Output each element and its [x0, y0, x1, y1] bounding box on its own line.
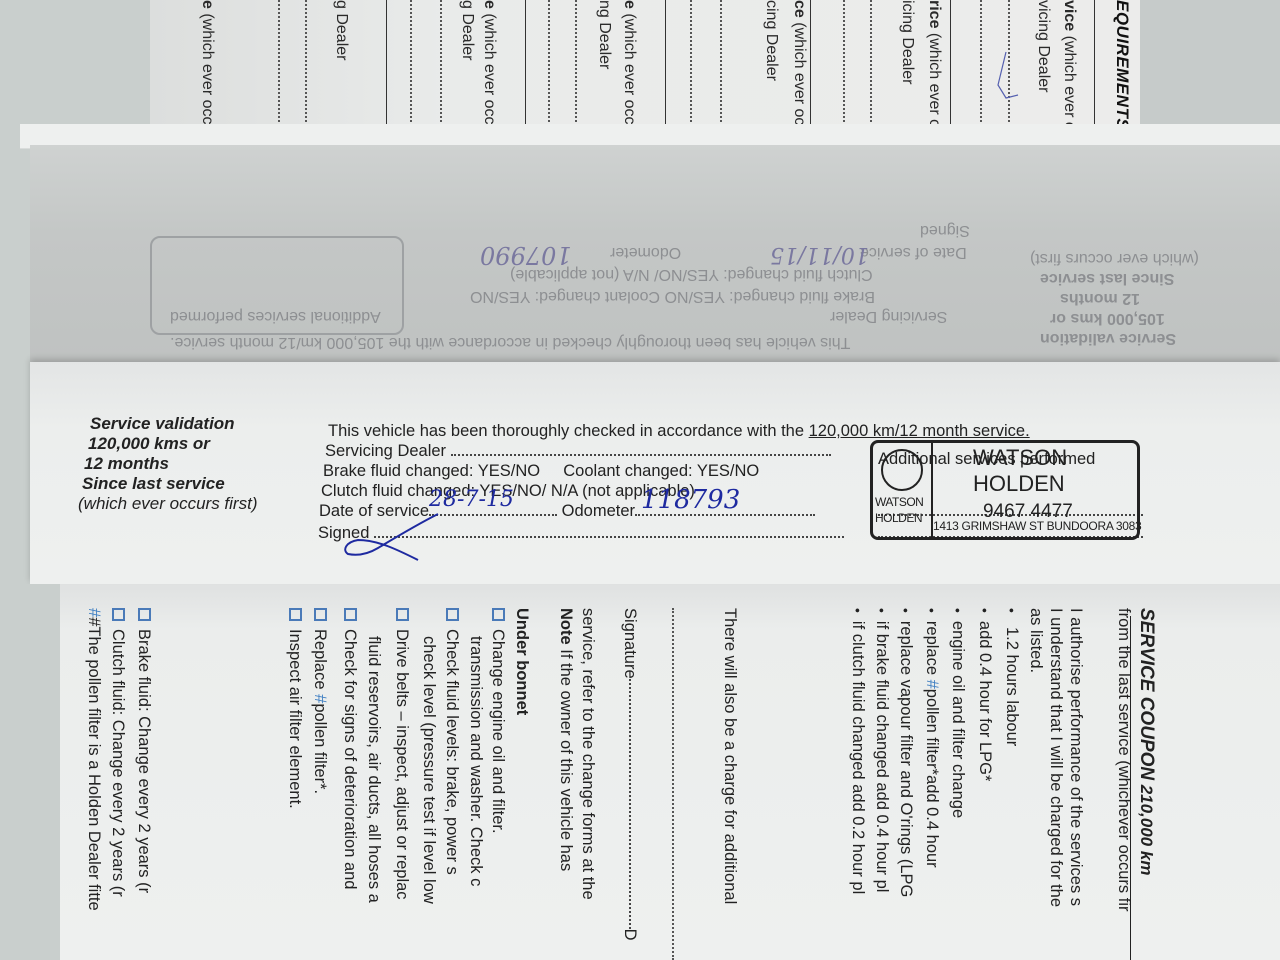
handwritten-tick-mark [988, 50, 1028, 110]
mirrored-left-line: 105,000 kms or [1050, 309, 1165, 327]
statement-line: This vehicle has been thoroughly checked… [328, 422, 1030, 441]
stamp-brand-name: HOLDEN [973, 471, 1065, 497]
top-column-text: e (which ever occu [480, 0, 498, 130]
top-page: e (which ever occ g Dealer e (which ever… [150, 0, 1140, 140]
column-divider [665, 0, 666, 130]
requirements-heading: EQUIREMENTS [1112, 0, 1132, 130]
checklist-item-continued: fluid reservoirs, air ducts, all hoses a [364, 636, 384, 903]
stamp-dealer-name: WATSON [973, 445, 1067, 471]
folded-page-show-through: Service validation 105,000 kms or 12 mon… [30, 145, 1280, 365]
checklist-item: Replace #pollen filter*. [310, 608, 330, 794]
signature-line: SignatureD [620, 608, 640, 941]
checkbox[interactable] [138, 608, 151, 621]
dotted-line [548, 0, 550, 130]
checklist-item-continued: transmission and washer. Check c [466, 636, 486, 886]
dotted-line [305, 0, 307, 130]
column-divider [525, 0, 526, 130]
checkbox[interactable] [314, 608, 327, 621]
mirrored-brake-coolant: Brake fluid changed: YES/NO Coolant chan… [470, 287, 875, 305]
coupon-item: •add 0.4 hour for LPG* [975, 608, 995, 781]
top-column-text: g Dealer [458, 0, 476, 130]
mirrored-odometer-label: Odometer [610, 243, 681, 261]
authorise-text: as listed. [1026, 608, 1046, 673]
coupon-item: •1.2 hours labour [1002, 608, 1022, 746]
checkbox[interactable] [396, 608, 409, 621]
note-text-continued: service, refer to the change forms at th… [578, 608, 598, 900]
note-text: Note If the owner of this vehicle has [556, 608, 576, 871]
dotted-line [440, 0, 442, 130]
servicing-dealer-line: Servicing Dealer [325, 442, 831, 461]
footnote-brake: Brake fluid: Change every 2 years (r [134, 608, 154, 893]
coupon-title-rule [1130, 616, 1131, 960]
signature-field[interactable] [629, 679, 631, 929]
dotted-line [575, 0, 577, 130]
validation-title: Service validation [78, 414, 257, 434]
mirrored-text-block: Service validation 105,000 kms or 12 mon… [30, 145, 1280, 365]
servicing-dealer-field[interactable] [451, 453, 831, 456]
column-divider [810, 0, 811, 130]
stamp-small-brand: HOLDEN [875, 511, 922, 525]
checkbox[interactable] [344, 608, 357, 621]
top-column-text: icing Dealer [898, 0, 916, 130]
authorise-text: I understand that I will be charged for … [1046, 608, 1066, 907]
checklist-item-continued: check level (pressure test if level low [419, 636, 439, 904]
statement-text: This vehicle has been thoroughly checked… [328, 422, 809, 440]
validation-since: Since last service [78, 474, 257, 494]
checklist-item: Change engine oil and filter. [488, 608, 508, 834]
top-column-text: cing Dealer [762, 0, 780, 130]
statement-service-interval: 120,000 km/12 month service. [809, 422, 1030, 440]
odometer-field[interactable]: 118793 [635, 513, 815, 516]
servicing-dealer-label: Servicing Dealer [325, 442, 446, 460]
date-of-service-field[interactable]: 28-7-15 [429, 513, 557, 516]
under-bonnet-heading: Under bonnet [512, 608, 532, 715]
dotted-line [690, 0, 692, 130]
brake-fluid-field[interactable]: Brake fluid changed: YES/NO [323, 462, 540, 480]
checklist-item: Drive belts – inspect, adjust or replac [392, 608, 412, 900]
authorise-text: I authorise performance of the services … [1066, 608, 1086, 906]
coupon-item: •if clutch fluid changed add 0.2 hour pl [848, 608, 868, 894]
odometer-label: Odometer [562, 502, 635, 520]
checkbox[interactable] [492, 608, 505, 621]
validation-note: (which ever occurs first) [78, 494, 257, 514]
mirrored-dealer-label: Servicing Dealer [830, 307, 947, 325]
odometer-handwritten: 118793 [641, 485, 740, 515]
background-surface [0, 584, 60, 960]
coupon-title: SERVICE COUPON 210,000 km [1136, 608, 1156, 875]
holden-lion-logo-icon [881, 449, 923, 491]
dotted-line [672, 608, 674, 960]
top-column-text: g Dealer [332, 0, 350, 130]
dotted-line [720, 0, 722, 130]
footnote-pollen: ##The pollen filter is a Holden Dealer f… [84, 608, 104, 911]
column-divider [1094, 0, 1095, 130]
coupon-item: •replace #pollen filter*add 0.4 hour [922, 608, 942, 868]
dotted-line [843, 0, 845, 130]
date-of-service-handwritten: 28-7-15 [429, 487, 514, 512]
validation-kms: 120,000 kms or [78, 434, 257, 454]
mirrored-main-line: This vehicle has been thoroughly checked… [170, 333, 850, 351]
stamp-address: 1413 GRIMSHAW ST BUNDOORA 3083 [933, 519, 1141, 533]
service-validation-strip: Service validation 120,000 kms or 12 mon… [30, 362, 1280, 584]
mirrored-stamp-outline [150, 236, 404, 335]
top-column-text: ng Dealer [595, 0, 613, 130]
column-divider [386, 0, 387, 130]
checklist-item: Inspect air filter element. [285, 608, 305, 809]
top-column-text: e (which ever occ [198, 0, 216, 130]
validation-summary: Service validation 120,000 kms or 12 mon… [78, 414, 257, 514]
checkbox[interactable] [112, 608, 125, 621]
mirrored-date-label: Date of service [860, 243, 967, 261]
mirrored-left-line: Since last service [1040, 269, 1174, 287]
additional-charge-text: There will also be a charge for addition… [720, 608, 740, 904]
dotted-line [410, 0, 412, 130]
mirrored-date-value: 10/11/15 [770, 242, 869, 267]
coupon-item: •if brake fluid changed add 0.4 hour pl [872, 608, 892, 892]
mirrored-signed-label: Signed [920, 221, 970, 239]
top-column-text: vice (which ever occ [1060, 0, 1078, 130]
validation-months: 12 months [78, 454, 257, 474]
checklist-item: Check fluid levels: brake, power s [442, 608, 462, 875]
dealer-stamp: WATSON HOLDEN WATSON HOLDEN 9467 4477 14… [870, 440, 1140, 540]
dotted-line [980, 0, 982, 130]
top-column-text: vicing Dealer [1034, 0, 1052, 130]
checkbox[interactable] [446, 608, 459, 621]
top-column-text: e (which ever occu [620, 0, 638, 130]
checklist-item: Check for signs of deterioration and [340, 608, 360, 889]
stamp-small-name: WATSON [875, 495, 923, 509]
footnote-clutch: Clutch fluid: Change every 2 years (r [108, 608, 128, 897]
bottom-page [60, 584, 1280, 960]
column-divider [950, 0, 951, 130]
coupon-item: •replace vapour filter and O'rings (LPG [896, 608, 916, 897]
fluids-line: Brake fluid changed: YES/NO Coolant chan… [323, 462, 759, 481]
top-column-text: ce (which ever occu [790, 0, 808, 130]
mirrored-odometer-value: 107990 [480, 241, 572, 269]
coupon-subtitle: from the last service (whichever occurs … [1114, 608, 1134, 912]
dotted-line [870, 0, 872, 130]
mirrored-left-line: (which ever occurs first) [1030, 249, 1199, 267]
stamp-logo-column: WATSON HOLDEN [873, 443, 933, 537]
handwritten-signature [338, 510, 448, 562]
dotted-line [278, 0, 280, 130]
mirrored-left-line: Service validation [1040, 329, 1176, 347]
coupon-item: •engine oil and filter change [948, 608, 968, 818]
coolant-field[interactable]: Coolant changed: YES/NO [563, 462, 759, 480]
top-column-text: rice (which ever occ [925, 0, 943, 130]
checkbox[interactable] [289, 608, 302, 621]
mirrored-left-line: 12 months [1060, 289, 1140, 307]
